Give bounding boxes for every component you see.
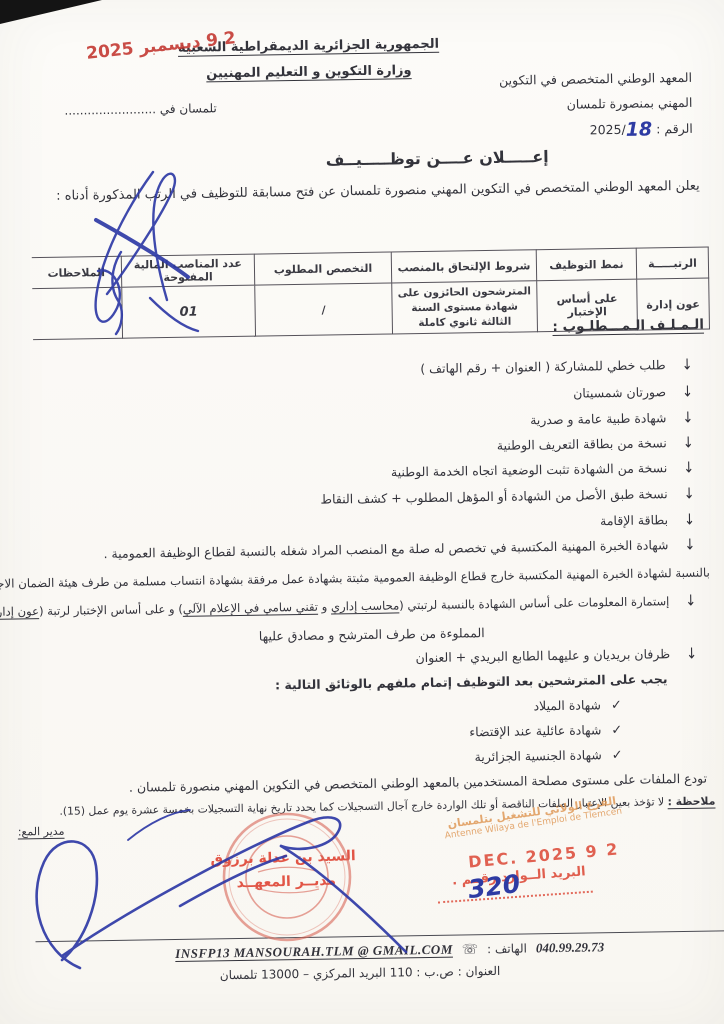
form-continuation-line: المملوءة من طرف المترشح و مصادق عليها <box>11 625 485 647</box>
phone-number: 040.99.29.73 <box>536 939 604 956</box>
institute-line-1: المعهد الوطني المتخصص في التكوين <box>499 65 692 93</box>
place-date-line: تلمسان في ........................ <box>64 101 217 117</box>
ministry-line: وزارة التكوين و التعليم المهنيين <box>164 63 454 83</box>
check-icon: ✓ <box>611 698 622 713</box>
item-text: صورتان شمسيتان <box>573 384 666 400</box>
after-hire-heading: يجب على المترشحين بعد التوظيف إتمام ملفه… <box>11 671 667 696</box>
arrow-bullet-icon: ↓ <box>682 410 693 427</box>
check-icon: ✓ <box>611 723 622 738</box>
arrow-bullet-icon: ↓ <box>683 435 694 452</box>
arrow-bullet-icon: ↓ <box>684 512 695 529</box>
svg-text:المعهد الوطني المتخصص في التكو: المعهد الوطني المتخصص في التكوين المهني … <box>0 0 6 3</box>
form-text: إستمارة المعلومات على أساس الشهادة بالنس… <box>399 594 669 612</box>
underlined-rank-3: عون إدارة <box>0 604 39 619</box>
col-mode: نمط التوظيف <box>536 248 636 281</box>
col-specialty: التخصص المطلوب <box>254 252 391 285</box>
item-text: نسخة من الشهادة تثبت الوضعية اتجاه الخدم… <box>391 460 668 479</box>
required-file-heading: الـمـلـف الـمـــطلـوب : <box>552 317 704 335</box>
item-text: ظرفان بريديان و عليهما الطابع البريدي + … <box>415 646 670 665</box>
item-text: نسخة طبق الأصل من الشهادة أو المؤهل المط… <box>320 486 667 506</box>
ministry-text: وزارة التكوين و التعليم المهنيين <box>206 63 412 81</box>
cell-specialty: / <box>255 283 393 336</box>
col-conditions: شروط الإلتحاق بالمنصب <box>391 250 536 283</box>
envelope-item: ↓ظرفان بريديان و عليهما الطابع البريدي +… <box>11 646 697 673</box>
item-text: شهادة الجنسية الجزائرية <box>474 747 601 764</box>
col-rank: الرتبـــــة <box>636 247 708 279</box>
director-name-text: السيد بن عدلة برزوق <box>216 848 356 868</box>
col-positions-count: عدد المناصب المالية المفتوحة <box>121 254 254 287</box>
item-text: طلب خطي للمشاركة ( العنوان + رقم الهاتف … <box>420 357 666 376</box>
ref-number-handwritten: 18 <box>626 118 653 140</box>
arrow-bullet-icon: ↓ <box>686 646 697 663</box>
required-item: ↓نسخة من الشهادة تثبت الوضعية اتجاه الخد… <box>8 460 694 487</box>
item-text: شهادة عائلية عند الإقتضاء <box>469 722 601 739</box>
cell-positions-count: 01 <box>122 285 256 338</box>
institute-block: المعهد الوطني المتخصص في التكوين المهني … <box>499 65 693 144</box>
intro-paragraph: يعلن المعهد الوطني المتخصص في التكوين ال… <box>10 179 700 205</box>
document-content: الجمهورية الجزائرية الديمقراطية الشعبية … <box>0 0 724 1024</box>
phone-icon: ☏ <box>462 942 478 957</box>
arrow-bullet-icon: ↓ <box>682 357 693 374</box>
required-item: ↓شهادة الخبرة المهنية المكتسبة في تخصص ل… <box>9 537 695 564</box>
required-item: ↓نسخة طبق الأصل من الشهادة أو المؤهل الم… <box>9 486 695 513</box>
required-item: ↓نسخة من بطاقة التعريف الوطنية <box>8 435 694 462</box>
ref-year: 2025/ <box>590 122 626 138</box>
email-text: INSFP13 MANSOURAH.TLM @ GMAIL.COM <box>175 942 453 962</box>
arrow-bullet-icon: ↓ <box>685 593 696 610</box>
required-item: ↓صورتان شمسيتان <box>7 384 693 411</box>
arrow-bullet-icon: ↓ <box>684 537 695 554</box>
required-item: ↓طلب خطي للمشاركة ( العنوان + رقم الهاتف… <box>6 357 692 384</box>
form-text: ) و على أساس الإختبار لرتبة ( <box>39 602 183 618</box>
note-label: ملاحظة : <box>667 794 715 808</box>
footer-address-line: العنوان : ص.ب : 110 البريد المركزي – 130… <box>158 963 562 983</box>
after-hire-item: ✓شهادة الجنسية الجزائرية <box>13 747 623 773</box>
underlined-rank-1: محاسب إداري <box>331 598 400 613</box>
col-notes: الملاحظات <box>31 256 121 288</box>
arrow-bullet-icon: ↓ <box>682 384 693 401</box>
item-text: شهادة الخبرة المهنية المكتسبة في تخصص له… <box>103 537 668 561</box>
required-item: ↓شهادة طبية عامة و صدرية <box>7 410 693 437</box>
form-text: و <box>318 600 331 614</box>
after-hire-item: ✓شهادة عائلية عند الإقتضاء <box>12 722 622 748</box>
check-icon: ✓ <box>612 748 623 763</box>
footer-contact-line: INSFP13 MANSOURAH.TLM @ GMAIL.COM ☏ : ال… <box>88 938 692 963</box>
item-text: شهادة طبية عامة و صدرية <box>530 410 667 427</box>
cell-conditions: المترشحون الحائزون على شهادة مستوى السنة… <box>392 281 538 334</box>
cell-notes <box>32 287 123 339</box>
circular-stamp-text: المعهد الوطني المتخصص في التكوين المهني … <box>0 0 6 3</box>
deposit-line: تودع الملفات على مستوى مصلحة المستخدمين … <box>13 771 707 797</box>
form-item: ↓إستمارة المعلومات على أساس الشهادة بالن… <box>0 594 696 620</box>
phone-label: : الهاتف <box>487 941 527 956</box>
director-margin-text: مدير المع: <box>18 825 65 839</box>
required-item: ↓بطاقة الإقامة <box>9 512 695 539</box>
institute-line-2: المهني بمنصورة تلمسان <box>499 90 692 118</box>
item-text: بطاقة الإقامة <box>600 512 668 528</box>
experience-note-line: بالنسبة لشهادة الخبرة المهنية المكتسبة خ… <box>0 566 710 591</box>
item-text: شهادة الميلاد <box>533 697 601 713</box>
ref-value: 2025/18 <box>589 115 652 142</box>
scanned-job-announcement-page: الجمهورية الجزائرية الديمقراطية الشعبية … <box>0 0 724 1024</box>
underlined-rank-2: تقني سامي في الإعلام الآلي <box>183 600 318 616</box>
arrow-bullet-icon: ↓ <box>683 460 694 477</box>
item-text: نسخة من بطاقة التعريف الوطنية <box>497 435 667 453</box>
ref-label: الرقم : <box>656 121 693 137</box>
after-hire-item: ✓شهادة الميلاد <box>12 697 622 723</box>
reference-line: الرقم : 2025/18 <box>500 115 693 144</box>
director-name-stamp: السيد بن عدلة برزوق مديــر المعهــد <box>216 848 357 892</box>
arrow-bullet-icon: ↓ <box>684 486 695 503</box>
announcement-title: إعـــــلان عــــن توظـــــيــف <box>307 147 567 170</box>
